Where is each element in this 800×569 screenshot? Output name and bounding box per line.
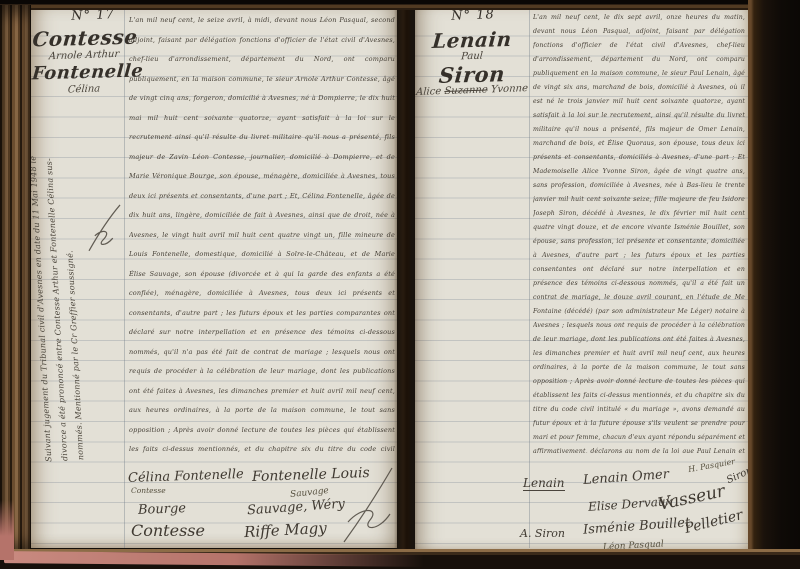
bride-surname-fontenelle: Fontenelle — [31, 61, 139, 85]
book-cover-corner — [0, 500, 14, 560]
book-right-dark-edge — [748, 0, 800, 569]
bride-given-before: Alice — [416, 86, 442, 98]
divorce-margin-note: Suivant jugement du Tribunal civil d'Ave… — [25, 140, 136, 462]
act-17-body-text: L'an mil neuf cent, le seize avril, à mi… — [129, 11, 395, 459]
signature-a-siron: A. Siron — [520, 527, 565, 540]
bride-given-after: Yvonne — [490, 83, 528, 95]
signature-contesse-small: Contesse — [131, 486, 166, 495]
act-18-body-text: L'an mil neuf cent, le dix sept avril, o… — [533, 11, 745, 453]
bride-given-struck-out: Suzanne — [444, 84, 488, 97]
civil-registry-book-scan: N° 17 Contesse Arnole Arthur Fontenelle … — [0, 0, 800, 569]
book-top-edge — [0, 0, 800, 10]
divorce-margin-note-block: Suivant jugement du Tribunal civil d'Ave… — [25, 140, 136, 462]
officer-paraph-flourish — [336, 464, 398, 546]
book-left-page-stack-edge — [0, 5, 31, 553]
signature-bourge: Bourge — [138, 501, 186, 518]
book-gutter-fold — [394, 5, 418, 555]
signature-contesse: Contesse — [131, 521, 205, 540]
groom-surname-contesse: Contesse — [31, 25, 139, 52]
signature-lenain: Lenain — [523, 476, 565, 491]
